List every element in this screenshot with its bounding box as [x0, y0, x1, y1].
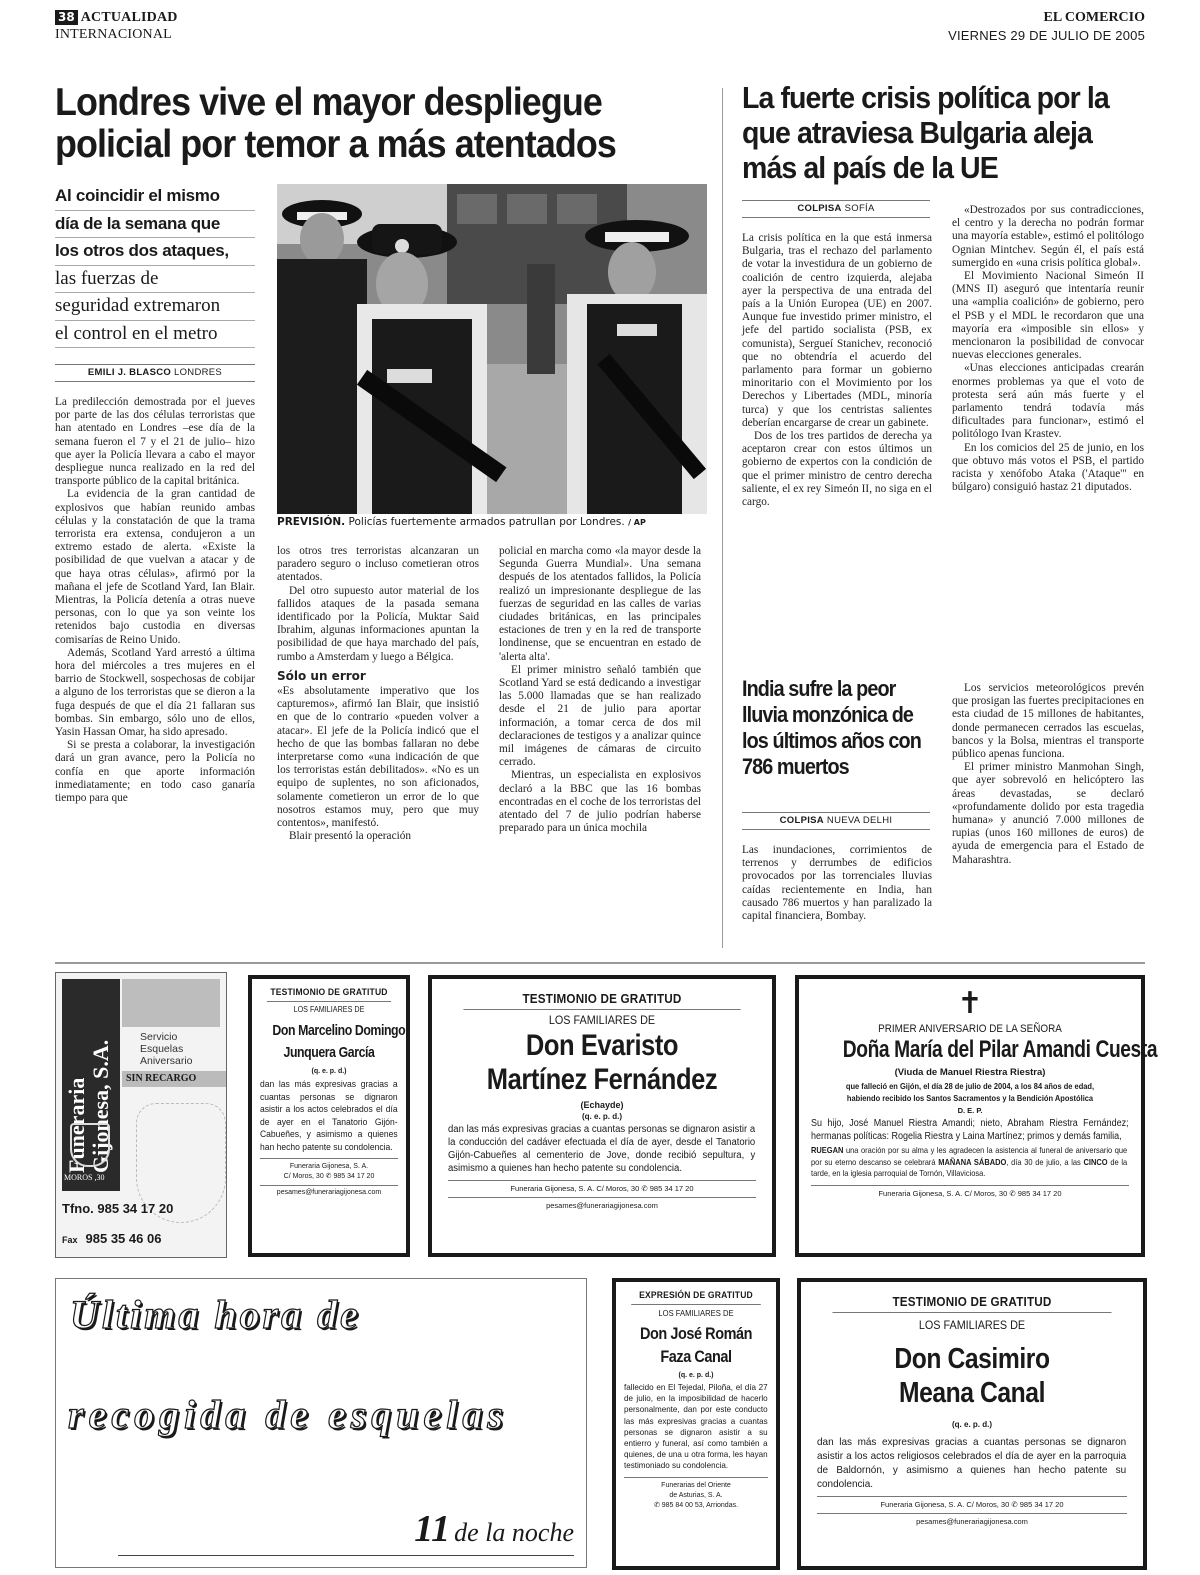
obit-request: RUEGAN una oración por su alma y les agr… — [811, 1145, 1127, 1180]
ad-fax: Fax985 35 46 06 — [62, 1231, 161, 1246]
issue-date: VIERNES 29 DE JULIO DE 2005 — [948, 28, 1145, 43]
police-photo-illustration — [277, 184, 707, 514]
london-headline: Londres vive el mayor despliegue policia… — [55, 82, 653, 166]
paragraph: Las inundaciones, corrimientos de terren… — [742, 844, 932, 923]
obit-family: LOS FAMILIARES DE — [833, 1318, 1112, 1332]
caption-lead: PREVISIÓN. — [277, 516, 345, 528]
byline-author: EMILI J. BLASCO — [88, 367, 171, 378]
paragraph: Mientras, un especialista en explosivos … — [499, 769, 701, 835]
obit-death-info: que falleció en Gijón, el día 28 de juli… — [830, 1080, 1110, 1104]
subsection-name: INTERNACIONAL — [55, 27, 178, 43]
obituary-casimiro: TESTIMONIO DE GRATITUD LOS FAMILIARES DE… — [797, 1278, 1147, 1570]
bulgaria-byline: COLPISA SOFÍA — [742, 200, 930, 218]
deck-line: las fuerzas de — [55, 266, 255, 294]
cross-icon: ✝ — [811, 989, 1129, 1019]
obit-footer: Funeraria Gijonesa, S. A. C/ Moros, 30 ✆… — [817, 1496, 1127, 1510]
byline-author: COLPISA — [780, 815, 824, 826]
india-column-2: Los servicios meteorológicos prevén que … — [952, 682, 1144, 867]
caption-text: Policías fuertemente armados patrullan p… — [349, 516, 625, 528]
paragraph: El primer ministro Manmohan Singh, que a… — [952, 761, 1144, 867]
obit-name: Don Evaristo Martínez Fernández — [471, 1029, 733, 1097]
obit-text: dan las más expresivas gracias a cuantas… — [260, 1078, 398, 1153]
paragraph: El Movimiento Nacional Simeón II (MNS II… — [952, 270, 1144, 362]
ad-phone: Tfno. 985 34 17 20 — [62, 1201, 173, 1216]
fax-label: Fax — [62, 1235, 78, 1245]
footer-line: C/ Moros, 30 ✆ 985 34 17 20 — [260, 1172, 398, 1182]
ad-line-1: Última hora de — [70, 1291, 361, 1338]
byline-author: COLPISA — [797, 203, 841, 214]
subheading: Sólo un error — [277, 670, 479, 683]
name-line: Don Evaristo — [471, 1029, 733, 1063]
name-line: Don José Román — [635, 1322, 757, 1345]
newspaper-name: EL COMERCIO — [1043, 10, 1145, 25]
ad-services: Servicio Esquelas Aniversario — [140, 1031, 193, 1067]
obit-dep: D. E. P. — [811, 1106, 1129, 1115]
ad-underline — [118, 1555, 574, 1556]
obit-footer: Funeraria Gijonesa, S. A. C/ Moros, 30 ✆… — [811, 1185, 1129, 1199]
paragraph: Además, Scotland Yard arrestó a última h… — [55, 647, 255, 739]
column-divider — [722, 88, 723, 948]
paragraph: «Destrozados por sus contradicciones, el… — [952, 204, 1144, 270]
paragraph: El primer ministro señaló también que Sc… — [499, 664, 701, 770]
paragraph: La evidencia de la gran cantidad de expl… — [55, 488, 255, 646]
page-header-right: EL COMERCIO VIERNES 29 DE JULIO DE 2005 — [948, 8, 1145, 43]
obituary-marcelino: TESTIMONIO DE GRATITUD LOS FAMILIARES DE… — [248, 975, 410, 1257]
obit-text: dan las más expresivas gracias a cuantas… — [817, 1435, 1126, 1491]
request-text: , día 30 de julio, a las — [1006, 1157, 1080, 1167]
service-item: Servicio — [140, 1031, 193, 1043]
obit-email: pesames@funerariagijonesa.com — [817, 1513, 1127, 1526]
obit-widow-of: (Viuda de Manuel Riestra Riestra) — [811, 1067, 1129, 1078]
name-line: Meana Canal — [840, 1376, 1104, 1410]
request-lead: RUEGAN — [811, 1145, 843, 1155]
ads-separator — [55, 962, 1145, 964]
request-hour: CINCO — [1084, 1157, 1108, 1167]
paragraph: Si se presta a colaborar, la investigaci… — [55, 739, 255, 805]
obit-family-text: Su hijo, José Manuel Riestra Amandi; nie… — [811, 1117, 1129, 1143]
footer-line: ✆ 985 84 00 53, Arriondas. — [624, 1501, 768, 1511]
fax-number: 985 35 46 06 — [86, 1231, 162, 1246]
obituary-jose-roman: EXPRESIÓN DE GRATITUD LOS FAMILIARES DE … — [612, 1278, 780, 1570]
request-day: MAÑANA SÁBADO — [938, 1157, 1006, 1167]
hour-text: de la noche — [454, 1518, 574, 1547]
bulgaria-headline: La fuerte crisis política por la que atr… — [742, 80, 1119, 185]
paragraph: «Es absolutamente imperativo que los cap… — [277, 685, 479, 830]
paragraph: Del otro supuesto autor material de los … — [277, 585, 479, 664]
ad-gray-block — [122, 979, 220, 1027]
bulgaria-column-1: La crisis política en la que está inmers… — [742, 232, 932, 509]
paragraph: Los servicios meteorológicos prevén que … — [952, 682, 1144, 761]
obit-kicker: TESTIMONIO DE GRATITUD — [463, 991, 740, 1010]
phone-label: Tfno. — [62, 1201, 94, 1216]
paragraph: «Unas elecciones anticipadas crearán eno… — [952, 362, 1144, 441]
hour-number: 11 — [414, 1508, 450, 1550]
obit-text: fallecido en El Tejedal, Piloña, el día … — [624, 1382, 768, 1472]
obit-qepd: (q. e. p. d.) — [817, 1420, 1127, 1429]
service-item: Esquelas — [140, 1043, 193, 1055]
obituary-evaristo: TESTIMONIO DE GRATITUD LOS FAMILIARES DE… — [428, 975, 776, 1257]
obit-email: pesames@funerariagijonesa.com — [448, 1197, 756, 1210]
deck-line: Al coincidir el mismo — [55, 183, 255, 211]
ultima-hora-ad: Última hora de recogida de esquelas 11 d… — [55, 1278, 587, 1568]
service-item: Aniversario — [140, 1055, 193, 1067]
obit-text: dan las más expresivas gracias a cuantas… — [448, 1123, 755, 1175]
london-column-3: policial en marcha como «la mayor desde … — [499, 545, 701, 835]
footer-line: Funerarias del Oriente — [624, 1481, 768, 1491]
phone-number: 985 34 17 20 — [97, 1201, 173, 1216]
obit-name: Don Casimiro Meana Canal — [840, 1342, 1104, 1410]
coat-of-arms-icon — [70, 1123, 110, 1167]
paragraph: los otros tres terroristas alcanzaran un… — [277, 545, 479, 585]
name-line: Don Marcelino Domingo — [272, 1020, 385, 1042]
london-column-1: La predilección demostrada por el jueves… — [55, 396, 255, 805]
ad-hour: 11 de la noche — [414, 1507, 574, 1551]
obit-email: pesames@funerariagijonesa.com — [260, 1185, 398, 1196]
byline-place: SOFÍA — [845, 203, 875, 214]
photo-caption: PREVISIÓN. Policías fuertemente armados … — [277, 516, 717, 528]
funeraria-gijonesa-ad: Funeraria Gijonesa, S.A. MOROS ,30 Servi… — [55, 972, 227, 1258]
footer-line: Funeraria Gijonesa, S. A. — [260, 1162, 398, 1172]
obit-name: Don Marcelino Domingo Junquera García — [272, 1020, 385, 1064]
name-line: Don Casimiro — [840, 1342, 1104, 1376]
obit-footer: Funeraria Gijonesa, S. A. C/ Moros, 30 ✆… — [260, 1158, 398, 1182]
obit-qepd: (q. e. p. d.) — [624, 1372, 768, 1379]
india-column-1: Las inundaciones, corrimientos de terren… — [742, 844, 932, 923]
obit-kicker: EXPRESIÓN DE GRATITUD — [631, 1290, 761, 1305]
london-deck: Al coincidir el mismo día de la semana q… — [55, 183, 255, 348]
paragraph: Blair presentó la operación — [277, 830, 479, 843]
paragraph: La predilección demostrada por el jueves… — [55, 396, 255, 488]
deck-line: día de la semana que — [55, 211, 255, 239]
paragraph: En los comicios del 25 de junio, en los … — [952, 442, 1144, 495]
name-line: Martínez Fernández — [471, 1063, 733, 1097]
obit-footer: Funerarias del Oriente de Asturias, S. A… — [624, 1477, 768, 1511]
obit-family: LOS FAMILIARES DE — [463, 1013, 740, 1027]
bulgaria-column-2: «Destrozados por sus contradicciones, el… — [952, 204, 1144, 494]
ad-line-2: recogida de esquelas — [68, 1391, 508, 1438]
london-police-photo — [277, 184, 707, 514]
page-number: 38 — [55, 10, 78, 25]
ad-address: MOROS ,30 — [64, 1173, 104, 1182]
obit-footer: Funeraria Gijonesa, S. A. C/ Moros, 30 ✆… — [448, 1180, 756, 1194]
india-byline: COLPISA NUEVA DELHI — [742, 812, 930, 830]
obit-kicker: PRIMER ANIVERSARIO DE LA SEÑORA — [827, 1023, 1113, 1035]
byline-place: NUEVA DELHI — [827, 815, 892, 826]
obit-qepd: (q. e. p. d.) — [260, 1068, 398, 1075]
obit-alias: (Echayde) — [448, 1100, 756, 1110]
paragraph: Dos de los tres partidos de derecha ya a… — [742, 430, 932, 509]
india-headline: India sufre la peor lluvia monzónica de … — [742, 676, 922, 780]
obit-kicker: TESTIMONIO DE GRATITUD — [267, 987, 391, 1002]
ad-no-surcharge: SIN RECARGO — [122, 1071, 226, 1087]
london-byline: EMILI J. BLASCO LONDRES — [55, 364, 255, 382]
section-name: ACTUALIDAD — [81, 10, 178, 25]
paragraph: La crisis política en la que está inmers… — [742, 232, 932, 430]
paragraph: policial en marcha como «la mayor desde … — [499, 545, 701, 664]
name-line: Faza Canal — [635, 1345, 757, 1368]
name-line: Junquera García — [272, 1042, 385, 1064]
deck-line: seguridad extremaron — [55, 293, 255, 321]
london-column-2: los otros tres terroristas alcanzaran un… — [277, 545, 479, 843]
obit-name: Don José Román Faza Canal — [635, 1322, 757, 1368]
page-header-left: 38ACTUALIDAD INTERNACIONAL — [55, 8, 178, 43]
deck-line: el control en el metro — [55, 321, 255, 349]
obituary-maria-del-pilar: ✝ PRIMER ANIVERSARIO DE LA SEÑORA Doña M… — [795, 975, 1145, 1257]
obit-kicker: TESTIMONIO DE GRATITUD — [833, 1294, 1112, 1313]
obit-name: Doña María del Pilar Amandi Cuesta — [843, 1035, 1097, 1065]
photo-credit: / AP — [628, 518, 646, 527]
obit-family: LOS FAMILIARES DE — [631, 1308, 761, 1318]
obit-family: LOS FAMILIARES DE — [267, 1005, 391, 1014]
footer-line: de Asturias, S. A. — [624, 1491, 768, 1501]
deck-line: los otros dos ataques, — [55, 238, 255, 266]
obit-qepd: (q. e. p. d.) — [448, 1112, 756, 1121]
byline-place: LONDRES — [174, 367, 222, 378]
